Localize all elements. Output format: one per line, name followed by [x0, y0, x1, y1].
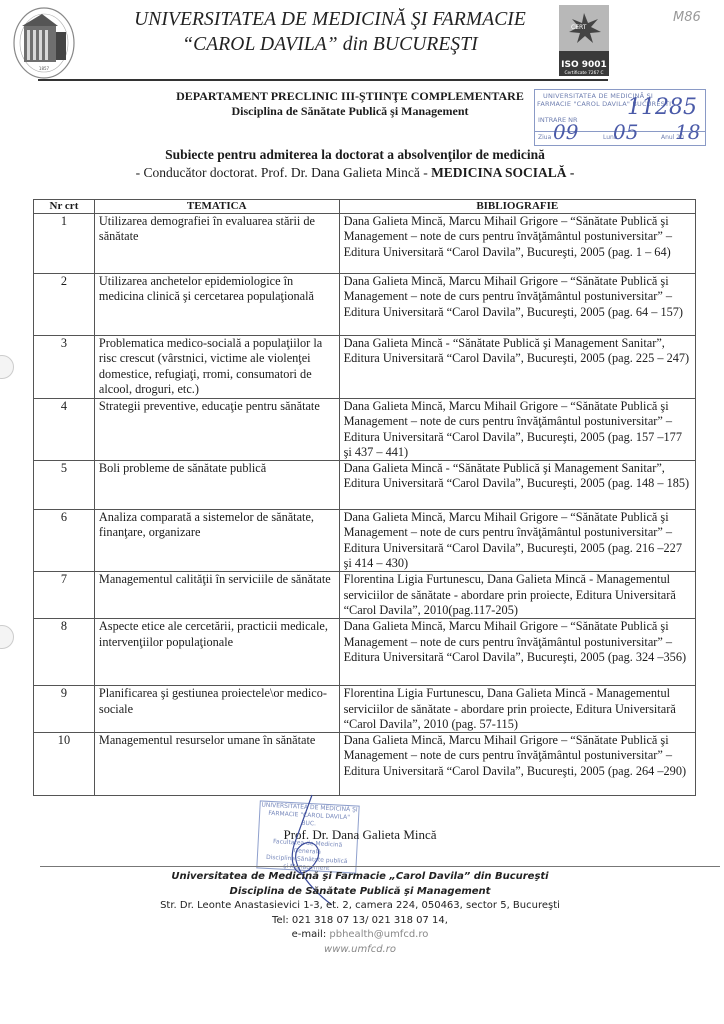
row-tematica: Managementul resurselor umane în sănătat… [94, 733, 339, 796]
row-tematica: Aspecte etice ale cercetării, practicii … [94, 619, 339, 686]
row-bibliografie: Dana Galieta Mincă, Marcu Mihail Grigore… [339, 214, 695, 274]
footer-phone: Tel: 021 318 07 13/ 021 318 07 14, [60, 914, 660, 929]
header-divider [38, 79, 608, 81]
row-tematica: Problematica medico-socială a populaţiil… [94, 336, 339, 399]
registration-stamp: UNIVERSITATEA DE MEDICINĂ ŞI FARMACIE "C… [534, 89, 706, 146]
document-title: Subiecte pentru admiterea la doctorat a … [60, 147, 650, 163]
footer: Universitatea de Medicină şi Farmacie „C… [60, 870, 660, 957]
table-row: 10 Managementul resurselor umane în sănă… [34, 733, 696, 796]
stamp-month: 05 [613, 120, 638, 144]
row-bibliografie: Dana Galieta Mincă, Marcu Mihail Grigore… [339, 619, 695, 686]
row-bibliografie: Dana Galieta Mincă, Marcu Mihail Grigore… [339, 733, 695, 796]
department-name: DEPARTAMENT PRECLINIC III-ŞTIINŢE COMPLE… [150, 89, 550, 104]
row-number: 2 [34, 274, 95, 336]
col-header-nr: Nr crt [34, 200, 95, 214]
university-title: UNIVERSITATEA DE MEDICINĂ ŞI FARMACIE “C… [120, 7, 540, 57]
table-header-row: Nr crt TEMATICA BIBLIOGRAFIE [34, 200, 696, 214]
iso-cert-label: CERT [571, 24, 587, 31]
university-seal-logo: 1857 [12, 6, 76, 80]
col-header-bibliografie: BIBLIOGRAFIE [339, 200, 695, 214]
footer-university: Universitatea de Medicină şi Farmacie „C… [60, 870, 660, 885]
row-tematica: Utilizarea demografiei în evaluarea stăr… [94, 214, 339, 274]
row-bibliografie: Dana Galieta Mincă - “Sănătate Publică ş… [339, 336, 695, 399]
row-tematica: Managementul calităţii în serviciile de … [94, 572, 339, 619]
university-title-line1: UNIVERSITATEA DE MEDICINĂ ŞI FARMACIE [120, 7, 540, 32]
document-subtitle: - Conducător doctorat. Prof. Dr. Dana Ga… [60, 165, 650, 181]
footer-divider [40, 866, 720, 867]
row-tematica: Strategii preventive, educaţie pentru să… [94, 399, 339, 461]
row-bibliografie: Dana Galieta Mincă, Marcu Mihail Grigore… [339, 510, 695, 572]
row-tematica: Analiza comparată a sistemelor de sănăta… [94, 510, 339, 572]
punch-hole [0, 355, 14, 379]
svg-text:1857: 1857 [39, 66, 50, 71]
table-row: 5 Boli probleme de sănătate publică Dana… [34, 461, 696, 510]
row-tematica: Utilizarea anchetelor epidemiologice în … [94, 274, 339, 336]
table-row: 7 Managementul calităţii în serviciile d… [34, 572, 696, 619]
table-row: 4 Strategii preventive, educaţie pentru … [34, 399, 696, 461]
row-bibliografie: Dana Galieta Mincă, Marcu Mihail Grigore… [339, 399, 695, 461]
footer-address: Str. Dr. Leonte Anastasievici 1-3, et. 2… [60, 899, 660, 914]
iso-label: ISO 9001 [561, 60, 607, 70]
stamp-day: 09 [553, 120, 578, 144]
footer-email-label: e-mail: [292, 929, 330, 940]
specialty-name: MEDICINA SOCIALĂ - [431, 165, 574, 180]
table-row: 9 Planificarea şi gestiunea proiectele\o… [34, 686, 696, 733]
row-number: 9 [34, 686, 95, 733]
iso-certificate-number: Certificate 7267 C [565, 70, 604, 76]
row-number: 1 [34, 214, 95, 274]
punch-hole [0, 625, 14, 649]
topics-table: Nr crt TEMATICA BIBLIOGRAFIE 1 Utilizare… [33, 199, 696, 796]
row-number: 4 [34, 399, 95, 461]
row-bibliografie: Florentina Ligia Furtunescu, Dana Galiet… [339, 686, 695, 733]
iso-certification-badge: CERT ISO 9001 Certificate 7267 C [559, 5, 609, 76]
row-number: 6 [34, 510, 95, 572]
table-row: 2 Utilizarea anchetelor epidemiologice î… [34, 274, 696, 336]
footer-discipline: Disciplina de Sănătate Publică şi Manage… [60, 885, 660, 900]
supervisor-line: - Conducător doctorat. Prof. Dr. Dana Ga… [136, 165, 431, 180]
handwritten-mark: M86 [673, 10, 701, 25]
row-number: 5 [34, 461, 95, 510]
table-row: 6 Analiza comparată a sistemelor de sănă… [34, 510, 696, 572]
department-heading: DEPARTAMENT PRECLINIC III-ŞTIINŢE COMPLE… [150, 89, 550, 119]
stamp-registration-number: 11285 [627, 95, 697, 120]
footer-website-link[interactable]: www.umfcd.ro [60, 943, 660, 958]
col-header-tematica: TEMATICA [94, 200, 339, 214]
row-bibliografie: Dana Galieta Mincă, Marcu Mihail Grigore… [339, 274, 695, 336]
table-row: 3 Problematica medico-socială a populaţi… [34, 336, 696, 399]
row-number: 8 [34, 619, 95, 686]
stamp-year: 18 [675, 120, 700, 144]
footer-email-line: e-mail: pbhealth@umfcd.ro [60, 928, 660, 943]
footer-email-link[interactable]: pbhealth@umfcd.ro [329, 929, 428, 940]
row-bibliografie: Florentina Ligia Furtunescu, Dana Galiet… [339, 572, 695, 619]
stamp-day-label: Ziua [538, 134, 551, 141]
table-row: 1 Utilizarea demografiei în evaluarea st… [34, 214, 696, 274]
row-bibliografie: Dana Galieta Mincă - “Sănătate Publică ş… [339, 461, 695, 510]
row-tematica: Planificarea şi gestiunea proiectele\or … [94, 686, 339, 733]
university-title-line2: “CAROL DAVILA” din BUCUREŞTI [120, 32, 540, 57]
table-row: 8 Aspecte etice ale cercetării, practici… [34, 619, 696, 686]
signatory-name: Prof. Dr. Dana Galieta Mincă [190, 827, 530, 843]
discipline-name: Disciplina de Sănătate Publică şi Manage… [150, 104, 550, 119]
row-tematica: Boli probleme de sănătate publică [94, 461, 339, 510]
row-number: 7 [34, 572, 95, 619]
row-number: 10 [34, 733, 95, 796]
row-number: 3 [34, 336, 95, 399]
